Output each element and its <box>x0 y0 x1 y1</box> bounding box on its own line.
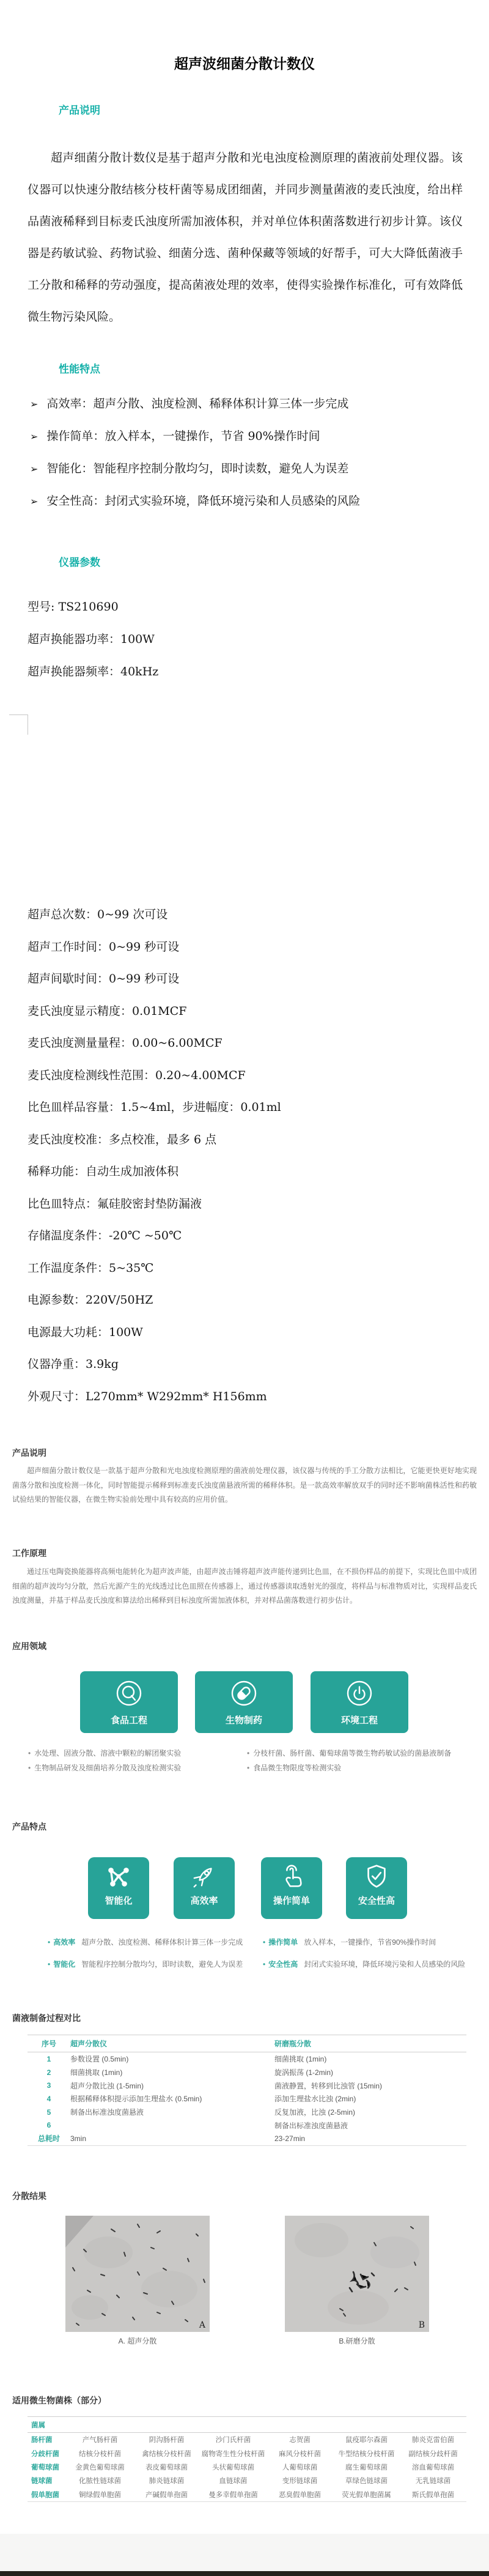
spec-line: 型号: TS210690 <box>28 591 465 623</box>
bullet-dot-icon: • <box>263 1960 265 1969</box>
spec-line: 比色皿特点：氟硅胶密封垫防漏液 <box>28 1188 465 1220</box>
rocket-icon <box>190 1883 218 1893</box>
doc-desc-paragraph: 超声细菌分散计数仪是基于超声分散和光电浊度检测原理的菌液前处理仪器。该仪器可以快… <box>28 142 463 333</box>
product-features-heading: 产品特点 <box>12 1821 46 1833</box>
feature-card-label: 安全性高 <box>346 1894 407 1907</box>
power-icon <box>344 1701 375 1712</box>
table-row: 6制备出标准浊度菌悬液 <box>28 2118 466 2132</box>
spec-line: 存储温度条件：-20℃ ~50℃ <box>28 1220 465 1252</box>
table-row: 肠杆菌 产气肠杆菌 阴沟肠杆菌 沙门氏杆菌 志贺菌 鼠疫耶尔森菌 肺炎克雷伯菌 <box>28 2433 466 2446</box>
spec-line: 超声总次数：0~99 次可设 <box>28 899 465 931</box>
bullet-dot-icon: • <box>28 1764 31 1772</box>
table-row-total: 总耗时3min23-27min <box>28 2132 466 2146</box>
list-item: ➢高效率：超声分散、浊度检测、稀释体积计算三体一步完成 <box>30 388 467 420</box>
application-card-label: 食品工程 <box>80 1713 178 1726</box>
spec-line: 麦氏浊度测量量程：0.00~6.00MCF <box>28 1027 465 1060</box>
doc-params-heading: 仪器参数 <box>59 554 100 569</box>
doc-params-page1: 型号: TS210690 超声换能器功率：100W 超声换能器频率：40kHz <box>28 591 465 688</box>
image-caption: A. 超声分散 <box>65 2336 210 2346</box>
feature-card-easy: 操作简单 <box>261 1857 322 1919</box>
table-header-row: 序号 超声分散仪 研磨瓶分散 <box>28 2035 466 2052</box>
spec-line: 麦氏浊度校准：多点校准，最多 6 点 <box>28 1124 465 1156</box>
dispersion-heading: 分散结果 <box>12 2190 46 2202</box>
arrow-bullet-icon: ➢ <box>30 485 38 518</box>
table-row: 链球菌 化脓性链球菌 肺炎链球菌 血链球菌 变形链球菌 草绿色链球菌 无乳链球菌 <box>28 2474 466 2487</box>
table-row: 4根据稀释体积提示添加生理盐水 (0.5min)添加生理盐水比浊 (2min) <box>28 2092 466 2106</box>
bullet-dot-icon: • <box>247 1764 249 1772</box>
spec-line: 稀释功能：自动生成加液体积 <box>28 1156 465 1188</box>
doc-desc-heading: 产品说明 <box>59 102 100 117</box>
feature-card-label: 操作简单 <box>261 1894 322 1907</box>
table-row: 分歧杆菌 结核分枝杆菌 禽结核分枝杆菌 腐物寄生性分枝杆菌 麻风分枝杆菌 牛型结… <box>28 2446 466 2460</box>
product-page: 超声波细菌分散计数仪 产品说明 超声细菌分散计数仪是基于超声分散和光电浊度检测原… <box>0 0 489 2576</box>
shield-check-icon <box>362 1883 391 1893</box>
web-desc-paragraph: 超声细菌分散计数仪是一款基于超声分散和光电浊度检测原理的菌液前处理仪器，该仪器与… <box>12 1464 477 1507</box>
spec-line: 电源最大功耗：100W <box>28 1316 465 1349</box>
spec-line: 超声换能器功率：100W <box>28 623 465 656</box>
application-card-label: 环境工程 <box>311 1713 408 1726</box>
footer-band <box>0 2534 489 2571</box>
capsule-icon <box>228 1701 260 1712</box>
column-header: 超声分散仪 <box>70 2038 274 2049</box>
application-card-label: 生物制药 <box>195 1713 293 1726</box>
image-caption: B.研磨分散 <box>285 2336 429 2346</box>
bullet-dot-icon: • <box>48 1938 50 1947</box>
feature-card-label: 高效率 <box>174 1894 235 1907</box>
application-bullet: •分枝杆菌、肠杆菌、葡萄球菌等微生物药敏试验的菌悬液制备 <box>247 1748 451 1758</box>
table-header-row: 菌属 <box>28 2416 466 2433</box>
spec-line: 超声换能器频率：40kHz <box>28 656 465 688</box>
column-header: 菌属 <box>28 2420 67 2430</box>
application-card-pharma: 生物制药 <box>195 1671 293 1733</box>
table-row: 2细菌挑取 (1min)旋涡振荡 (1-2min) <box>28 2066 466 2079</box>
list-item: ➢智能化：智能程序控制分散均匀，即时读数，避免人为误差 <box>30 453 467 485</box>
table-row: 3超声分散比浊 (1-5min)菌液静置，转移到比浊管 (15min) <box>28 2079 466 2092</box>
application-bullet: •生物制品研发及细菌培养分散及浊度检测实验 <box>28 1762 181 1773</box>
image-corner-letter: B <box>419 2320 425 2330</box>
table-row: 假单胞菌 铜绿假单胞菌 产碱假单孢菌 曼多幸假单孢菌 恶臭假单胞菌 荧光假单胞菌… <box>28 2488 466 2502</box>
bullet-dot-icon: • <box>48 1960 50 1969</box>
micrograph-grinding: B <box>285 2216 429 2332</box>
spec-line: 仪器净重：3.9kg <box>28 1348 465 1381</box>
bullet-dot-icon: • <box>28 1749 31 1758</box>
column-header: 研磨瓶分散 <box>274 2038 466 2049</box>
tap-finger-icon <box>278 1883 306 1893</box>
list-item: ➢安全性高：封闭式实验环境，降低环境污染和人员感染的风险 <box>30 485 467 518</box>
application-bullet: •食品微生物限度等检测实验 <box>247 1762 341 1773</box>
application-card-food: 食品工程 <box>80 1671 178 1733</box>
micrograph-ultrasonic: A <box>65 2216 210 2332</box>
strains-heading: 适用微生物菌株（部分） <box>12 2394 106 2407</box>
doc-features-heading: 性能特点 <box>59 360 100 376</box>
doc-features-list: ➢高效率：超声分散、浊度检测、稀释体积计算三体一步完成 ➢操作简单：放入样本，一… <box>30 388 467 518</box>
table-row: 1参数设置 (0.5min)细菌挑取 (1min) <box>28 2052 466 2066</box>
table-row: 5制备出标准浊度菌悬液反复加液，比浊 (2-5min) <box>28 2106 466 2119</box>
application-heading: 应用领域 <box>12 1640 46 1652</box>
list-item: ➢操作简单：放入样本，一键操作，节省 90%操作时间 <box>30 420 467 453</box>
arrow-bullet-icon: ➢ <box>30 453 38 485</box>
principle-heading: 工作原理 <box>12 1547 46 1559</box>
principle-paragraph: 通过压电陶瓷换能器将高频电能转化为超声波声能，由超声波击锤将超声波声能传递到比色… <box>12 1565 477 1608</box>
doc-params-page2: 超声总次数：0~99 次可设 超声工作时间：0~99 秒可设 超声间歇时间：0~… <box>28 899 465 1412</box>
feature-bullet: •操作简单放入样本，一键操作，节省90%操作时间 <box>263 1937 436 1947</box>
image-corner-letter: A <box>199 2320 205 2330</box>
application-card-environment: 环境工程 <box>311 1671 408 1733</box>
feature-card-label: 智能化 <box>88 1894 149 1907</box>
food-safety-icon <box>113 1701 145 1712</box>
page-margin-corner-mark <box>9 715 28 735</box>
spec-line: 外观尺寸：L270mm* W292mm* H156mm <box>28 1381 465 1413</box>
footer-dark-bar <box>0 2571 489 2576</box>
feature-bullet: •智能化智能程序控制分散均匀，即时读数，避免人为误差 <box>48 1959 243 1969</box>
spec-line: 超声工作时间：0~99 秒可设 <box>28 931 465 963</box>
feature-card-safe: 安全性高 <box>346 1857 407 1919</box>
column-header: 序号 <box>28 2038 70 2049</box>
spec-line: 电源参数：220V/50HZ <box>28 1284 465 1316</box>
spec-line: 麦氏浊度检测线性范围：0.20~4.00MCF <box>28 1060 465 1092</box>
spec-line: 比色皿样品容量：1.5~4ml，步进幅度：0.01ml <box>28 1091 465 1124</box>
spec-line: 麦氏浊度显示精度：0.01MCF <box>28 995 465 1028</box>
application-bullet: •水处理、固液分散、溶液中颗粒的解团聚实验 <box>28 1748 181 1758</box>
bullet-dot-icon: • <box>263 1938 265 1947</box>
feature-card-intelligent: 智能化 <box>88 1857 149 1919</box>
web-desc-heading: 产品说明 <box>12 1447 46 1459</box>
arrow-bullet-icon: ➢ <box>30 388 38 420</box>
comparison-table: 序号 超声分散仪 研磨瓶分散 1参数设置 (0.5min)细菌挑取 (1min)… <box>28 2035 466 2146</box>
spec-line: 工作温度条件：5~35℃ <box>28 1252 465 1285</box>
page-title: 超声波细菌分散计数仪 <box>0 53 489 73</box>
bullet-dot-icon: • <box>247 1749 249 1758</box>
comparison-heading: 菌液制备过程对比 <box>12 2012 81 2024</box>
arrow-bullet-icon: ➢ <box>30 420 38 453</box>
spec-line: 超声间歇时间：0~99 秒可设 <box>28 963 465 995</box>
molecule-icon <box>105 1883 133 1893</box>
table-row: 葡萄球菌 金黄色葡萄球菌 表皮葡萄球菌 头状葡萄球菌 人葡萄球菌 腐生葡萄球菌 … <box>28 2460 466 2474</box>
feature-bullet: •高效率超声分散、浊度检测、稀释体积计算三体一步完成 <box>48 1937 243 1947</box>
strains-table: 菌属 肠杆菌 产气肠杆菌 阴沟肠杆菌 沙门氏杆菌 志贺菌 鼠疫耶尔森菌 肺炎克雷… <box>28 2416 466 2502</box>
feature-card-efficient: 高效率 <box>174 1857 235 1919</box>
feature-bullet: •安全性高封闭式实验环境，降低环境污染和人员感染的风险 <box>263 1959 465 1969</box>
